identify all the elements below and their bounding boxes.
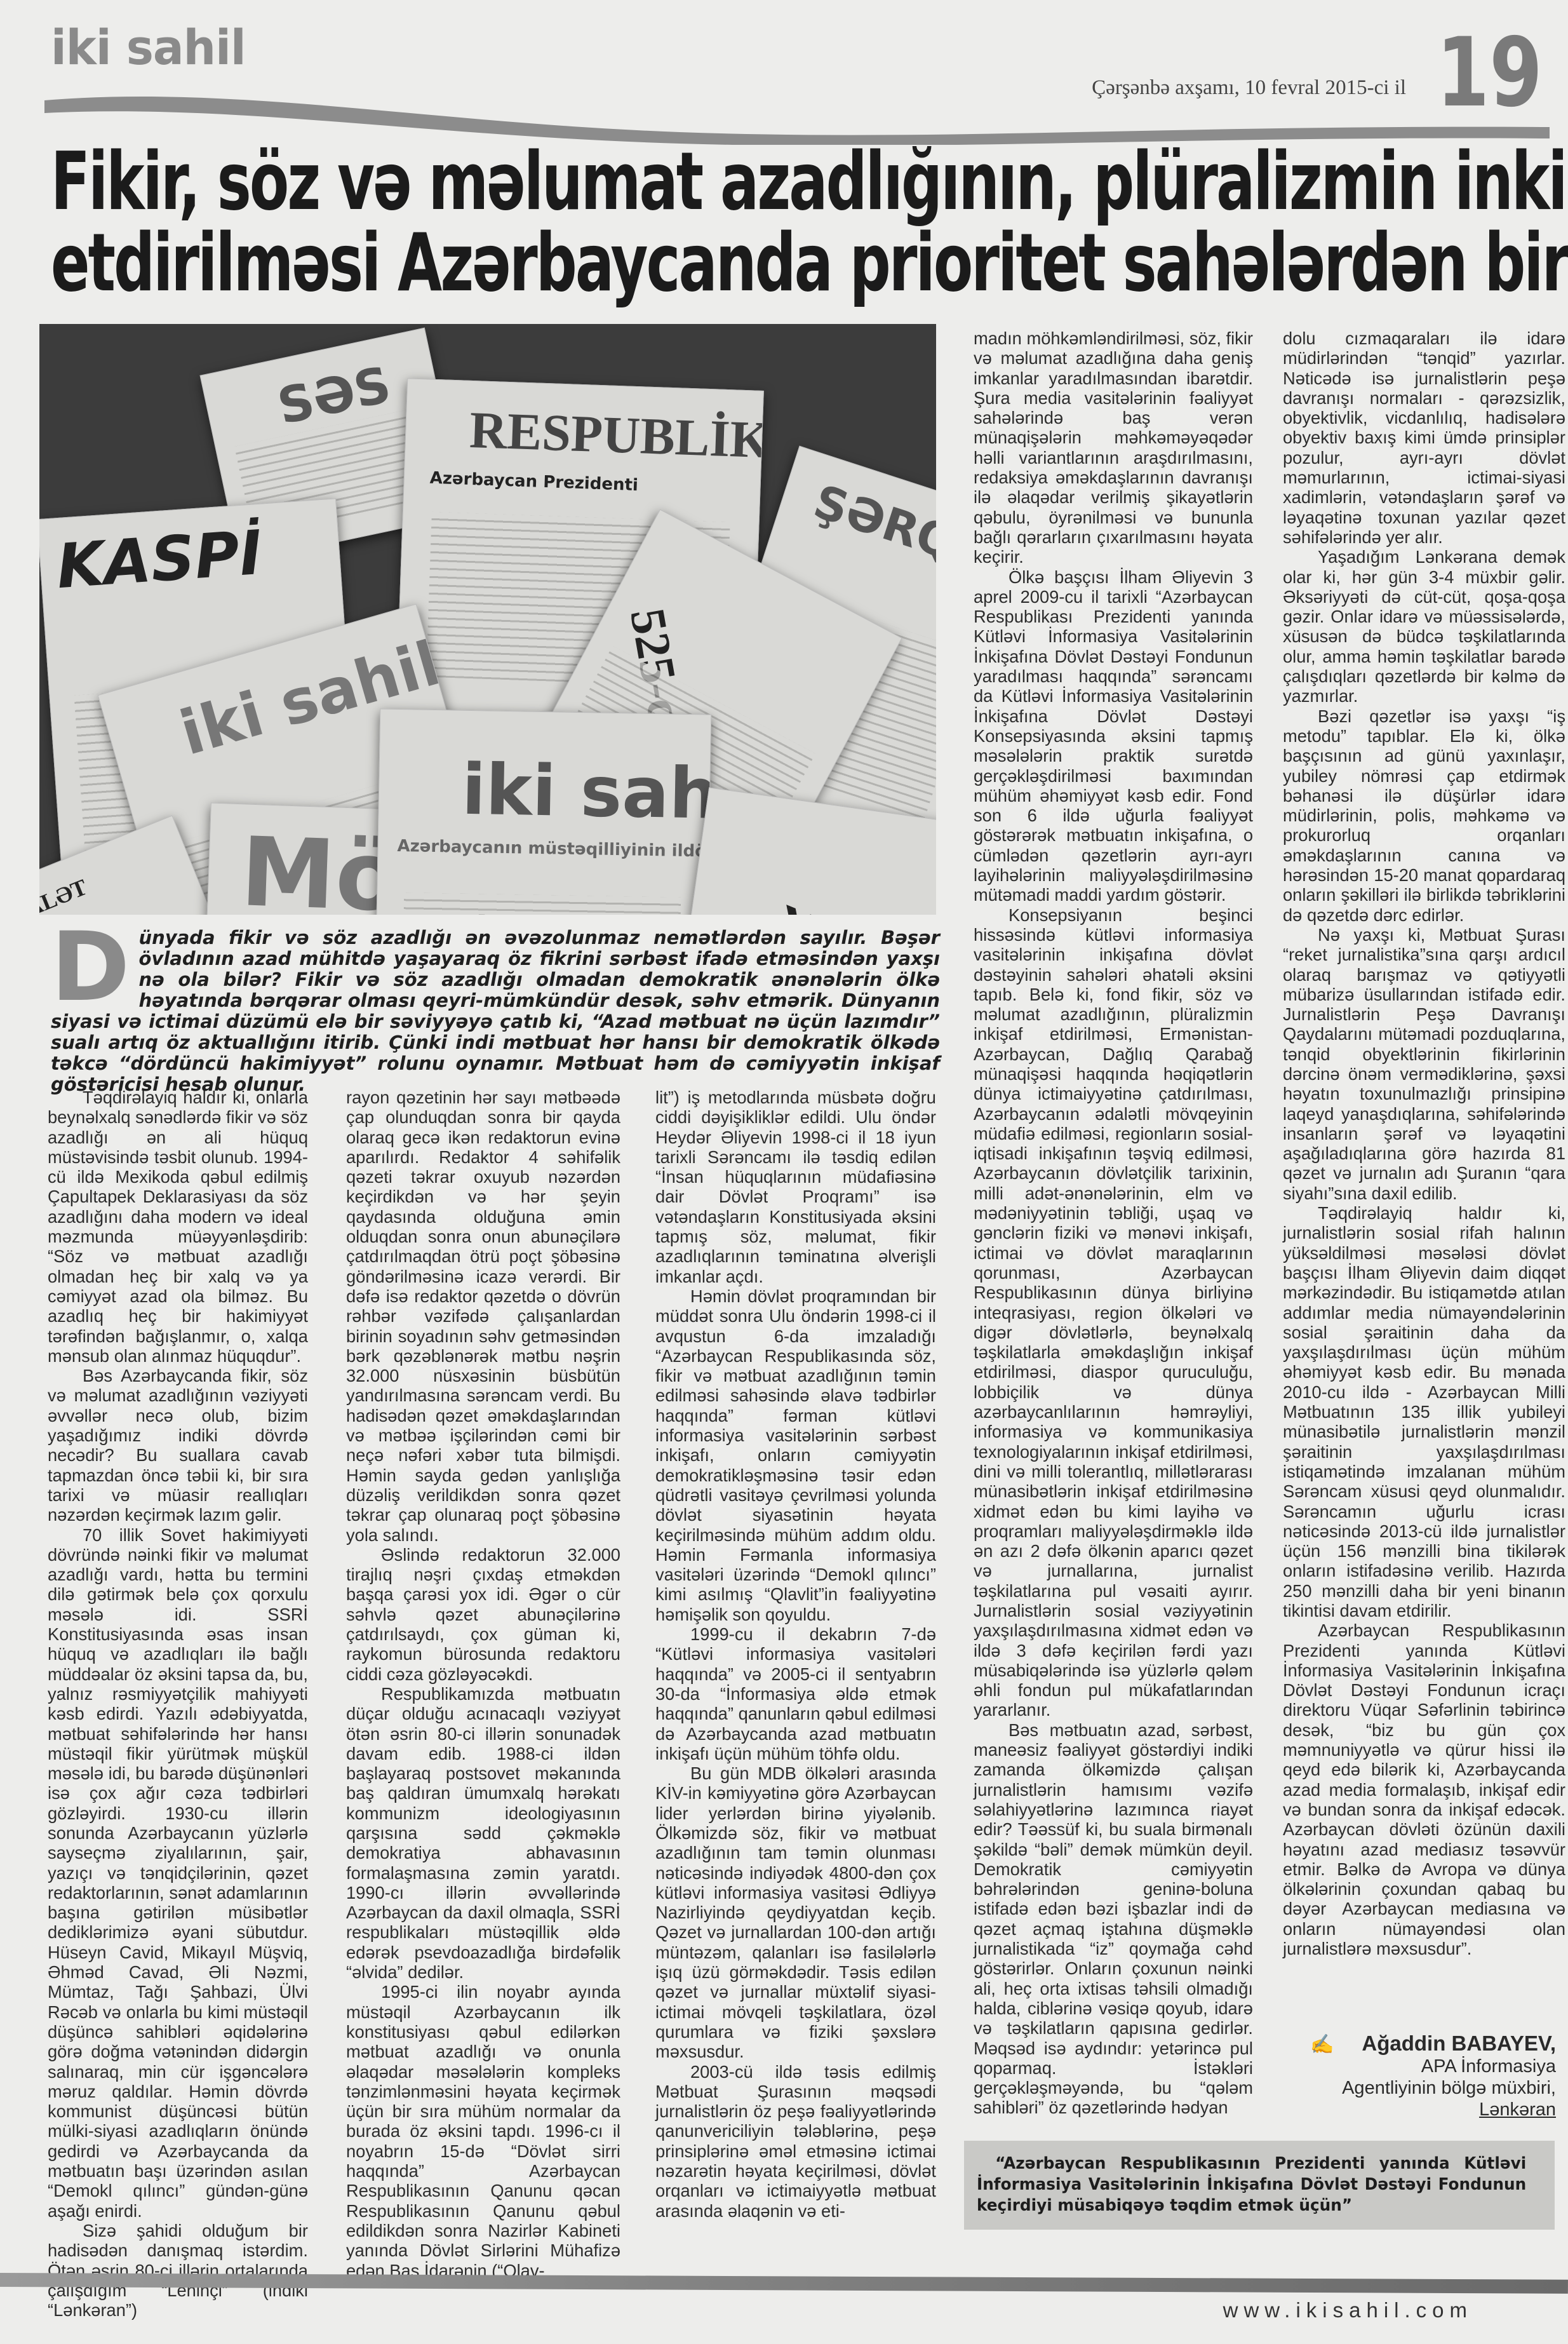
paragraph: 1999-cu il dekabrın 7-də “Kütləvi inform… [655,1624,936,1763]
lede-text: ünyada fikir və söz azadlığı ən əvəzolun… [51,927,940,1095]
paragraph: Azərbaycan Respublikasının Prezidenti ya… [1283,1620,1565,1958]
article-column-1: Təqdirəlayiq haldır ki, onlarla beynəlxa… [48,1088,308,2320]
newspaper-iki-sahil-front: iki sahil Azərbaycanın müstəqilliyinin i… [372,708,712,915]
author-location: Lənkəran [1149,2099,1556,2120]
paragraph: 70 illik Sovet hakimiyyəti dövründə nəin… [48,1525,308,2221]
article-headline: Fikir, söz və məlumat azadlığının, plüra… [51,141,1537,304]
paragraph: 1995-ci ilin noyabr ayında müstəqil Azər… [346,1982,620,2280]
drop-cap: D [51,930,130,1006]
paragraph: madın möhkəmləndirilməsi, söz, fikir və … [974,328,1253,567]
footer-website[interactable]: www.ikisahil.com [1223,2298,1473,2322]
paragraph: Ölkə başçısı İlham Əliyevin 3 aprel 2009… [974,567,1253,905]
paragraph: dolu cızmaqaraları ilə idarə müdirlərind… [1283,328,1565,547]
author-affiliation-1: APA İnformasiya [1149,2056,1556,2077]
paragraph: Əslində redaktorun 32.000 tirajlıq nəşri… [346,1545,620,1684]
paragraph: Respublikamızda mətbuatın düçar olduğu a… [346,1684,620,1982]
paragraph: Sizə şahidi olduğum bir hadisədən danışm… [48,2221,308,2320]
headline-line-1: Fikir, söz və məlumat azadlığının, plüra… [51,141,1121,222]
newspaper-masthead: iki sahil [51,19,246,76]
issue-date: Çərşənbə axşamı, 10 fevral 2015-ci il [1092,76,1406,100]
paragraph: Bəs Azərbaycanda fikir, söz və məlumat a… [48,1366,308,1525]
article-column-4: madın möhkəmləndirilməsi, söz, fikir və … [974,328,1253,2118]
article-column-5: dolu cızmaqaraları ilə idarə müdirlərind… [1283,328,1565,1958]
paragraph: Konsepsiyanın beşinci hissəsində kütləvi… [974,905,1253,1720]
article-lede: D ünyada fikir və söz azadlığı ən əvəzol… [51,927,940,1095]
competition-note-box: “Azərbaycan Respublikasının Prezidenti y… [964,2141,1555,2230]
paragraph: Təqdirəlayiq haldır ki, onlarla beynəlxa… [48,1088,308,1366]
paragraph: 2003-cü ildə təsis edilmiş Mətbuat Şuras… [655,2062,936,2221]
page-number: 19 [1437,25,1543,121]
paragraph: Həmin dövlət proqramından bir müddət son… [655,1286,936,1624]
paragraph: lit”) iş metodlarında müsbətə doğru cidd… [655,1088,936,1286]
newspaper-page: iki sahil Çərşənbə axşamı, 10 fevral 201… [0,0,1568,2344]
paragraph: Bəzi qəzetlər isə yaxşı “iş metodu” tapı… [1283,706,1565,925]
author-affiliation-2: Agentliyinin bölgə müxbiri, [1149,2077,1556,2099]
newspapers-photo: SƏS RESPUBLİKA Azərbaycan Prezidenti KAS… [39,324,936,915]
article-column-2: rayon qəzetinin hər sayı mətbəədə çap ol… [346,1088,620,2280]
author-signature: ✍ Ağaddin BABAYEV, APA İnformasiya Agent… [1149,2033,1556,2120]
pen-icon: ✍ [1310,2034,1334,2056]
paragraph: Yaşadığım Lənkərana demək olar ki, hər g… [1283,547,1565,706]
headline-line-2: etdirilməsi Azərbaycanda prioritet sahəl… [51,222,1121,304]
paragraph: Bu gün MDB ölkələri arasında KİV-in kəmi… [655,1763,936,2061]
article-column-3: lit”) iş metodlarında müsbətə doğru cidd… [655,1088,936,2221]
paragraph: Təqdirəlayiq haldır ki, jurnalistlərin s… [1283,1203,1565,1620]
author-name: Ağaddin BABAYEV, [1362,2031,1556,2055]
paragraph: Nə yaxşı ki, Mətbuat Şurası “reket jurna… [1283,925,1565,1203]
paragraph: rayon qəzetinin hər sayı mətbəədə çap ol… [346,1088,620,1545]
competition-note-text: “Azərbaycan Respublikasının Prezidenti y… [977,2153,1526,2216]
